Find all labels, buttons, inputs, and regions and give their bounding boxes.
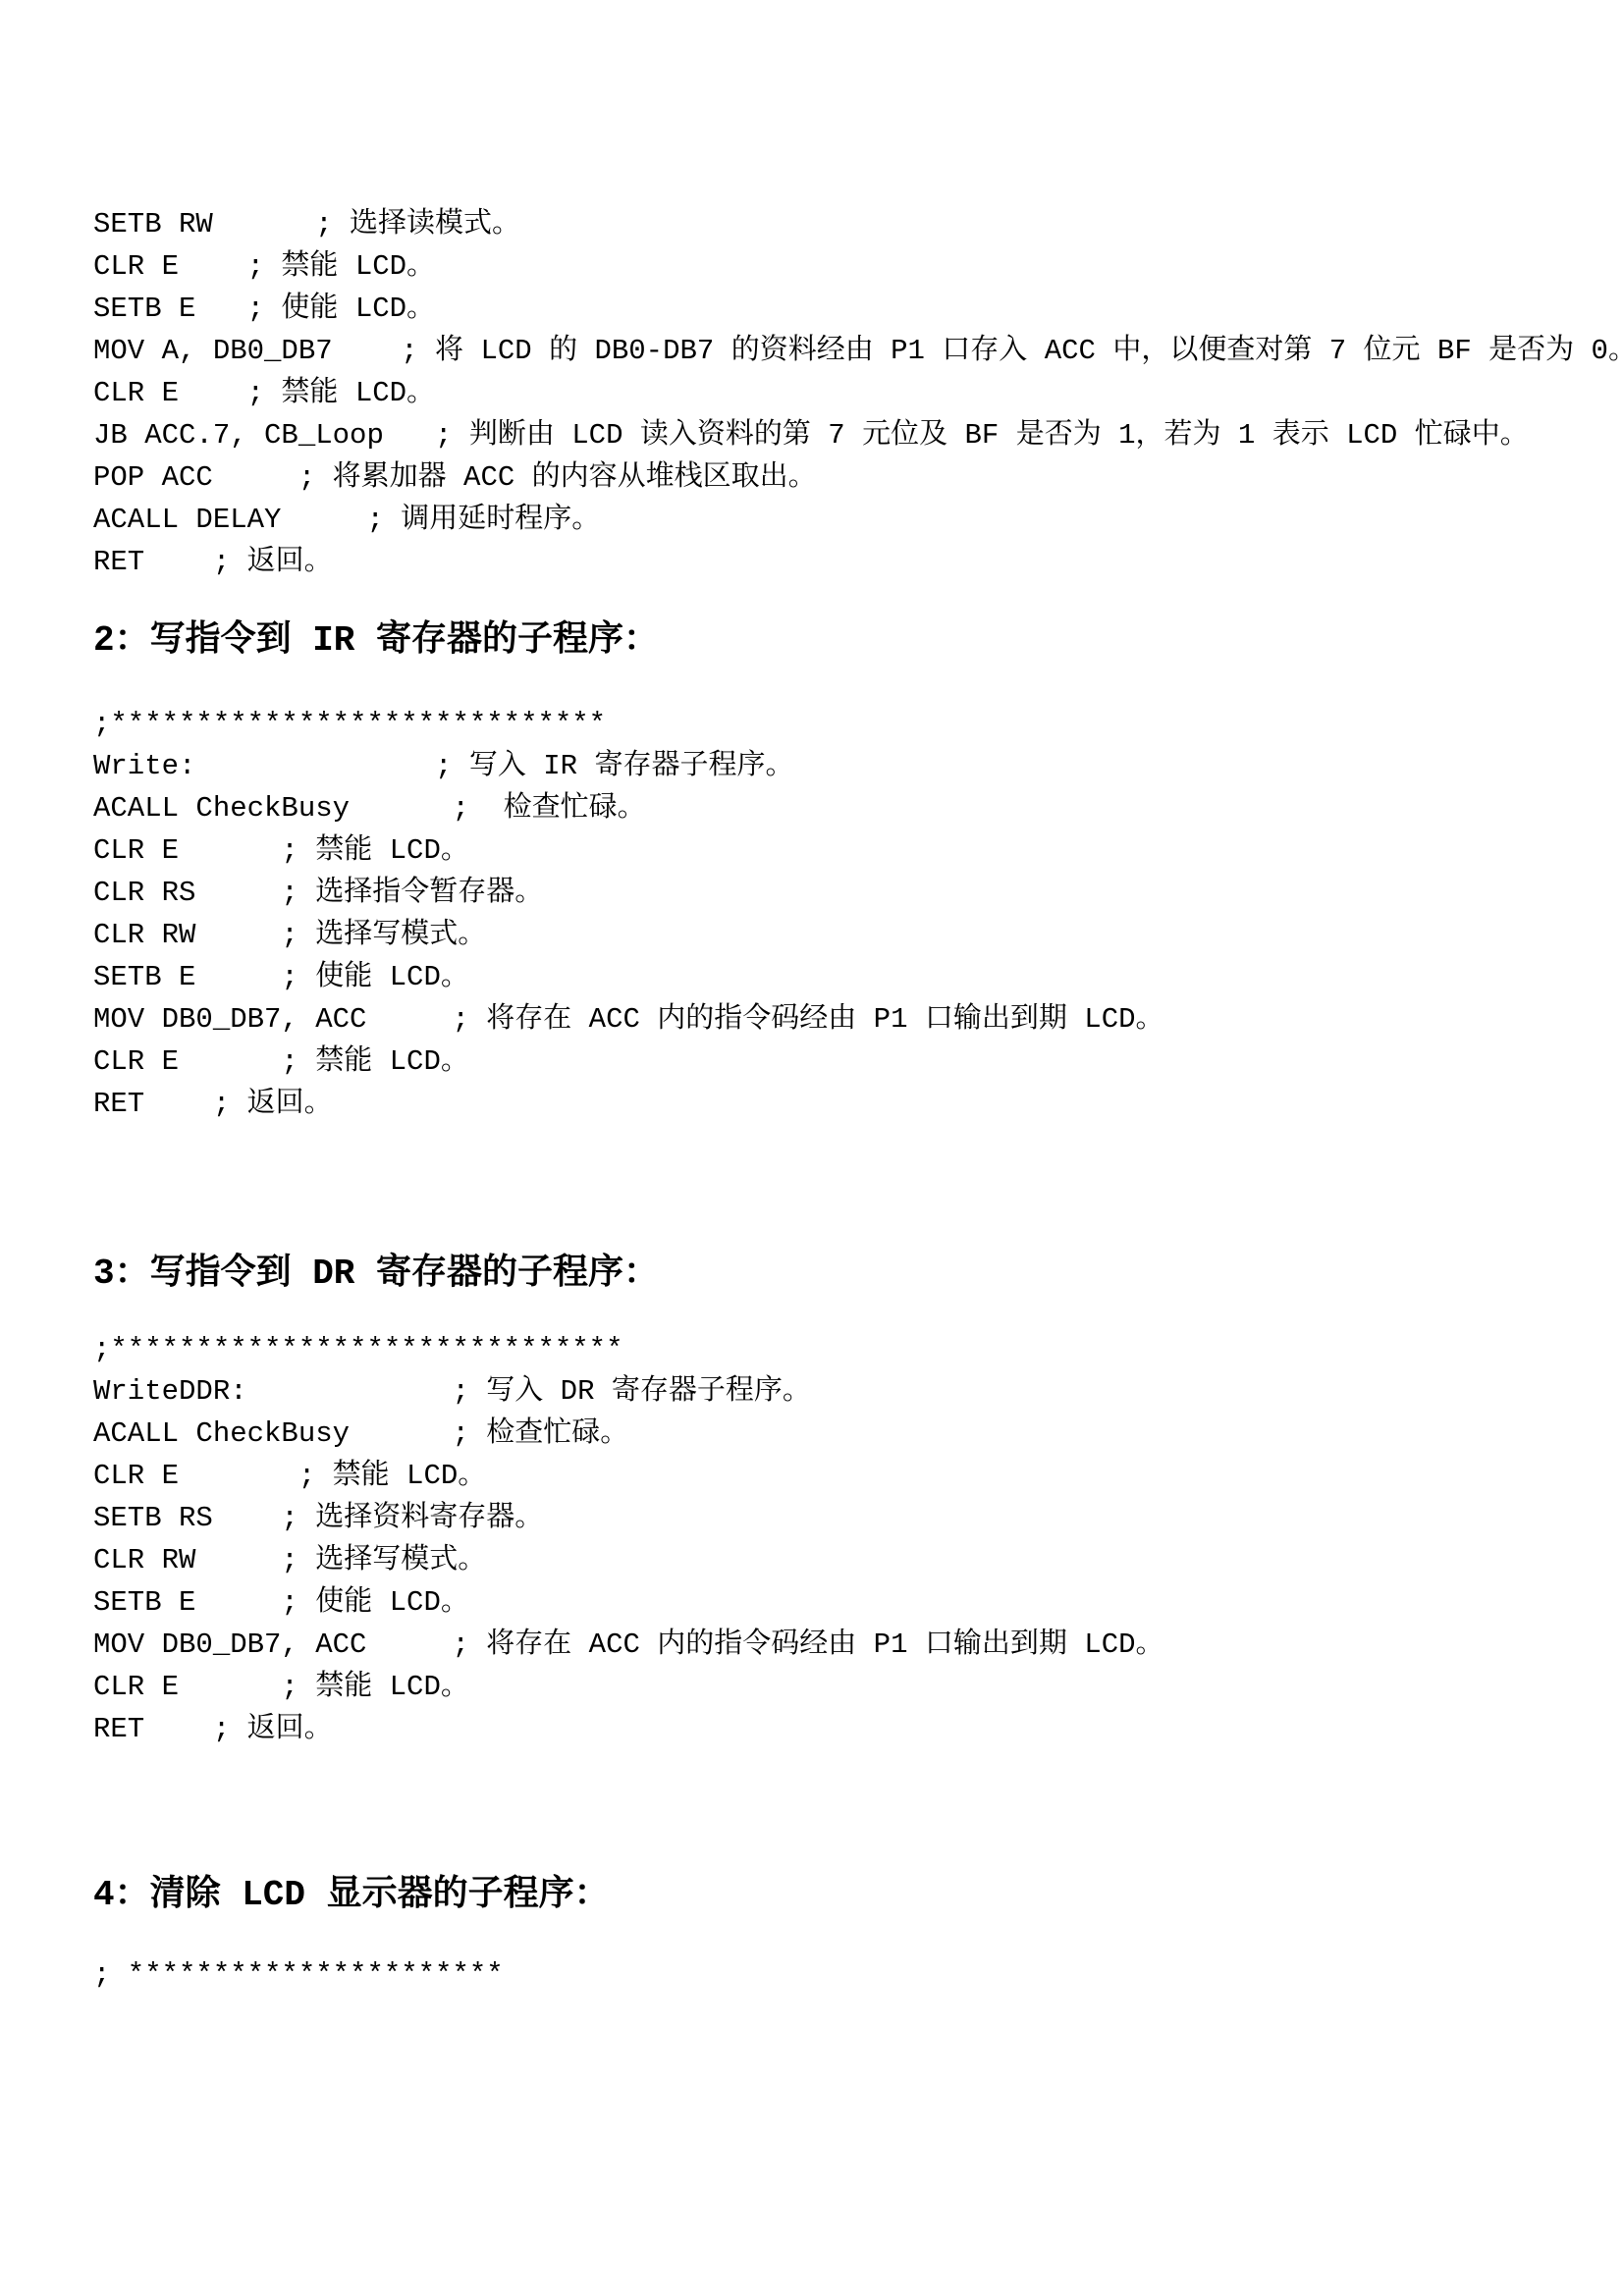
comment-separator-line: ; **********************	[93, 1953, 1623, 1996]
code-line: RET ; 返回。	[93, 1708, 1623, 1750]
code-line: CLR RW ; 选择写模式。	[93, 914, 1623, 956]
code-line: CLR E ; 禁能 LCD。	[93, 1455, 1623, 1497]
code-line: MOV A, DB0_DB7 ; 将 LCD 的 DB0-DB7 的资料经由 P…	[93, 330, 1623, 372]
code-line: JB ACC.7, CB_Loop ; 判断由 LCD 读入资料的第 7 元位及…	[93, 414, 1623, 456]
code-line: SETB E ; 使能 LCD。	[93, 1581, 1623, 1624]
code-line: ACALL CheckBusy ; 检查忙碌。	[93, 787, 1623, 829]
code-line: RET ; 返回。	[93, 1083, 1623, 1125]
code-line: CLR E ; 禁能 LCD。	[93, 372, 1623, 414]
code-block-clear-lcd: ; **********************	[93, 1953, 1623, 1996]
code-block-checkbusy-tail: SETB RW ; 选择读模式。 CLR E ; 禁能 LCD。 SETB E …	[93, 203, 1623, 583]
code-line: MOV DB0_DB7, ACC ; 将存在 ACC 内的指令码经由 P1 口输…	[93, 1624, 1623, 1666]
code-block-write-ir: ;***************************** Write: ; …	[93, 703, 1623, 1125]
code-line: CLR E ; 禁能 LCD。	[93, 1666, 1623, 1708]
section-heading-clear-lcd: 4：清除 LCD 显示器的子程序：	[93, 1873, 610, 1918]
code-line: CLR RW ; 选择写模式。	[93, 1539, 1623, 1581]
comment-separator-line: ;*****************************	[93, 703, 1623, 745]
code-line: CLR E ; 禁能 LCD。	[93, 1041, 1623, 1083]
code-line: WriteDDR: ; 写入 DR 寄存器子程序。	[93, 1370, 1623, 1413]
code-line: CLR RS ; 选择指令暂存器。	[93, 872, 1623, 914]
code-line: Write: ; 写入 IR 寄存器子程序。	[93, 745, 1623, 787]
document-page: SETB RW ; 选择读模式。 CLR E ; 禁能 LCD。 SETB E …	[0, 0, 1623, 2296]
code-line: SETB RW ; 选择读模式。	[93, 203, 1623, 245]
code-line: CLR E ; 禁能 LCD。	[93, 829, 1623, 872]
code-line: SETB E ; 使能 LCD。	[93, 288, 1623, 330]
code-line: CLR E ; 禁能 LCD。	[93, 245, 1623, 288]
comment-separator-line: ;******************************	[93, 1328, 1623, 1370]
code-line: SETB E ; 使能 LCD。	[93, 956, 1623, 998]
code-block-write-dr: ;****************************** WriteDDR…	[93, 1328, 1623, 1750]
code-line: POP ACC ; 将累加器 ACC 的内容从堆栈区取出。	[93, 456, 1623, 499]
code-line: ACALL CheckBusy ; 检查忙碌。	[93, 1413, 1623, 1455]
section-heading-write-ir: 2：写指令到 IR 寄存器的子程序：	[93, 618, 659, 664]
code-line: MOV DB0_DB7, ACC ; 将存在 ACC 内的指令码经由 P1 口输…	[93, 998, 1623, 1041]
code-line: SETB RS ; 选择资料寄存器。	[93, 1497, 1623, 1539]
code-line: RET ; 返回。	[93, 541, 1623, 583]
section-heading-write-dr: 3：写指令到 DR 寄存器的子程序：	[93, 1252, 659, 1297]
code-line: ACALL DELAY ; 调用延时程序。	[93, 499, 1623, 541]
